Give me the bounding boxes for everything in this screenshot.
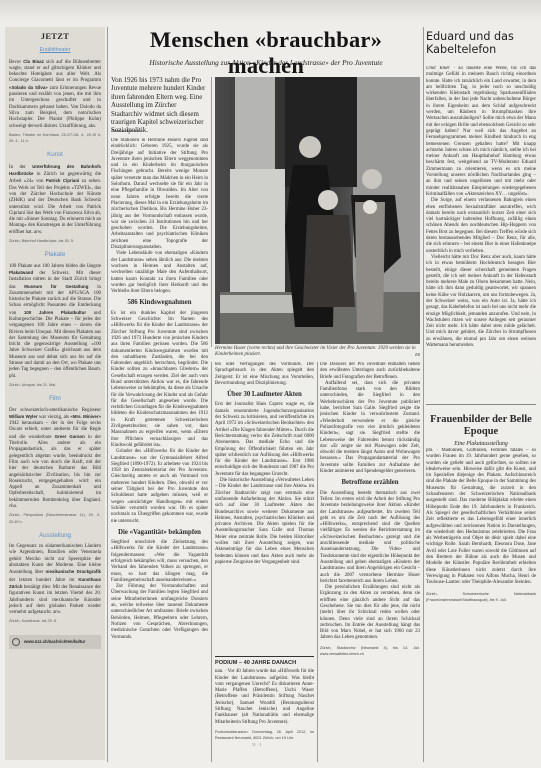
- section-source: Zürich, Bahnhof Hardbrücke, bis 30. 5.: [9, 238, 101, 244]
- belle-epoque-source: Zürich, Schweizerische Nationalbank (Fra…: [426, 591, 536, 604]
- section-divider: [426, 404, 536, 405]
- paragraph: Ümit Yoker · Es dauerte eine Weile, bis …: [426, 66, 536, 198]
- column-author: Ümit Yoker: [426, 66, 450, 71]
- photo-credit: ZB: [415, 352, 420, 358]
- section-heading-ausstellung: Ausstellung: [9, 533, 101, 539]
- website-url: www.nzz.ch/nachrichten/kultur: [24, 639, 85, 645]
- column-divider: [423, 27, 424, 762]
- column-title: Eduard und das Kabeltelefon: [426, 30, 536, 56]
- page-number: 11 · 1: [252, 742, 261, 747]
- subheading-kindswegnahmen: 586 Kindswegnahmen: [111, 300, 208, 306]
- article-photo: [215, 77, 420, 344]
- section-body-erzaehltheater: Bevor Cla Bisaz sich auf die Bühnenbrett…: [9, 59, 101, 130]
- subheading-betroffene: Betroffene erzählen: [320, 480, 420, 486]
- article-author: Natalie Avanzino: [111, 128, 207, 133]
- section-heading-plakate: Plakate: [9, 252, 101, 258]
- podium-heading: PODIUM – 40 JAHRE DANACH: [215, 656, 314, 666]
- paragraph: Die Ausstellung besteht thematisch aus z…: [320, 491, 420, 585]
- section-body-plakate: 100 Plakate aus 100 Jahren bilden die lä…: [9, 264, 101, 380]
- section-body-kunst: In der Unterführung des Bahnhofs Hardbrü…: [9, 164, 101, 236]
- section-source: Zürich, Utoquai, bis 21. Mai.: [9, 382, 101, 388]
- podium-source: Podiumsdiskussion: Donnerstag, 26. April…: [215, 729, 314, 742]
- section-heading-film: Film: [9, 396, 101, 402]
- paragraph: Die Sorge, auf einem verlassenen Bahngle…: [426, 198, 536, 255]
- paragraph: Die historische Ausstellung «Verwaltetes…: [215, 478, 314, 566]
- paragraph: Es ist ein dunkles Kapitel der jüngeren …: [111, 311, 208, 450]
- article-column-1: Die Stationen in Hermine Husers Jugend s…: [111, 138, 208, 768]
- article-column-3: Die Dossiers der Pro Juventute enthalten…: [320, 362, 420, 762]
- section-body-ausstellung: Im Gegensatz zu südamerikanischen Länder…: [9, 544, 101, 616]
- paragraph: Gründer des «Hilfswerks für die Kinder d…: [111, 449, 208, 525]
- paragraph: Zur Führung der Vormundschaften und Über…: [111, 584, 208, 641]
- paragraph: Viele Lebensläufe von ehemaligen «Kinder…: [111, 251, 208, 295]
- column-text: Ümit Yoker · Es dauerte eine Weile, bis …: [426, 66, 536, 401]
- section-body-film: Der schweizerisch-amerikanische Regisseu…: [9, 408, 101, 511]
- podium-body: nan. · Vor 40 Jahren wurde das «Hilfswer…: [215, 669, 314, 726]
- section-heading-erzaehltheater: Erzähltheater: [9, 47, 101, 53]
- belle-epoque-header: Frauenbilder der Belle Epoque Eine Plaka…: [426, 414, 536, 447]
- paragraph: phi. · Madonnen, Göttinnen, Femmes fatal…: [426, 448, 536, 587]
- subheading-laufmeter: Über 30 Laufmeter Akten: [215, 392, 314, 398]
- sidebar-title: JETZT: [9, 33, 101, 39]
- newspaper-page: JETZT Erzähltheater Bevor Cla Bisaz sich…: [0, 0, 541, 768]
- column-divider: [211, 362, 212, 762]
- paragraph: Vielleicht hätte mir Doc Renz aber auch,…: [426, 255, 536, 349]
- jetzt-sidebar: JETZT Erzähltheater Bevor Cla Bisaz sich…: [5, 27, 105, 760]
- column-divider: [317, 362, 318, 762]
- section-source: Zürich, Kunsthaus, bis 29. 6.: [9, 618, 101, 624]
- globe-icon: [12, 638, 20, 646]
- paragraph: Siegfried umschrieb die Zielsetzung des …: [111, 540, 208, 584]
- article-subheadline: Historische Ausstellung zur Aktion «Kind…: [110, 58, 422, 67]
- subheading-vagantitaet: Die «Vagantität» bekämpfen: [111, 530, 208, 536]
- belle-epoque-text: phi. · Madonnen, Göttinnen, Femmes fatal…: [426, 448, 536, 748]
- column-divider: [107, 27, 108, 762]
- section-source: Zürich, Filmpodium (Nüschelerstrasse 11)…: [9, 512, 101, 525]
- website-link[interactable]: www.nzz.ch/nachrichten/kultur: [9, 635, 101, 649]
- paragraph: ten oder Verfügungen des Vormunds. Der S…: [215, 362, 314, 387]
- podium-box: PODIUM – 40 JAHRE DANACH nan. · Vor 40 J…: [215, 654, 314, 762]
- paragraph: Die Stationen in Hermine Husers Jugend s…: [111, 138, 208, 251]
- article-column-2: ten oder Verfügungen des Vormunds. Der S…: [215, 362, 314, 662]
- section-source: Baden, Theater im Kornhaus, 25./27./28. …: [9, 132, 101, 145]
- article-source: Zürich, Stadtarchiv (Neumarkt 4), bis 14…: [320, 645, 420, 658]
- photo-caption: Hermine Huser (vorne rechts) und ihre Ge…: [215, 346, 420, 358]
- column-divider: [211, 77, 212, 347]
- column-header: Eduard und das Kabeltelefon: [426, 27, 536, 62]
- belle-epoque-subtitle: Eine Plakatausstellung: [426, 441, 536, 447]
- paragraph: Auffallend sei, dass sich die privaten F…: [320, 381, 420, 475]
- paragraph: Die persönlichen Erzählungen sind nicht …: [320, 585, 420, 642]
- paragraph: Erst der Journalist Hans Caprez wagte es…: [215, 402, 314, 478]
- children-photo-image: [215, 77, 420, 344]
- article-headline: Menschen «brauchbar» machen: [110, 27, 422, 79]
- paragraph: Die Dossiers der Pro Juventute enthalten…: [320, 362, 420, 381]
- section-heading-kunst: Kunst: [9, 152, 101, 158]
- belle-epoque-title: Frauenbilder der Belle Epoque: [426, 414, 536, 438]
